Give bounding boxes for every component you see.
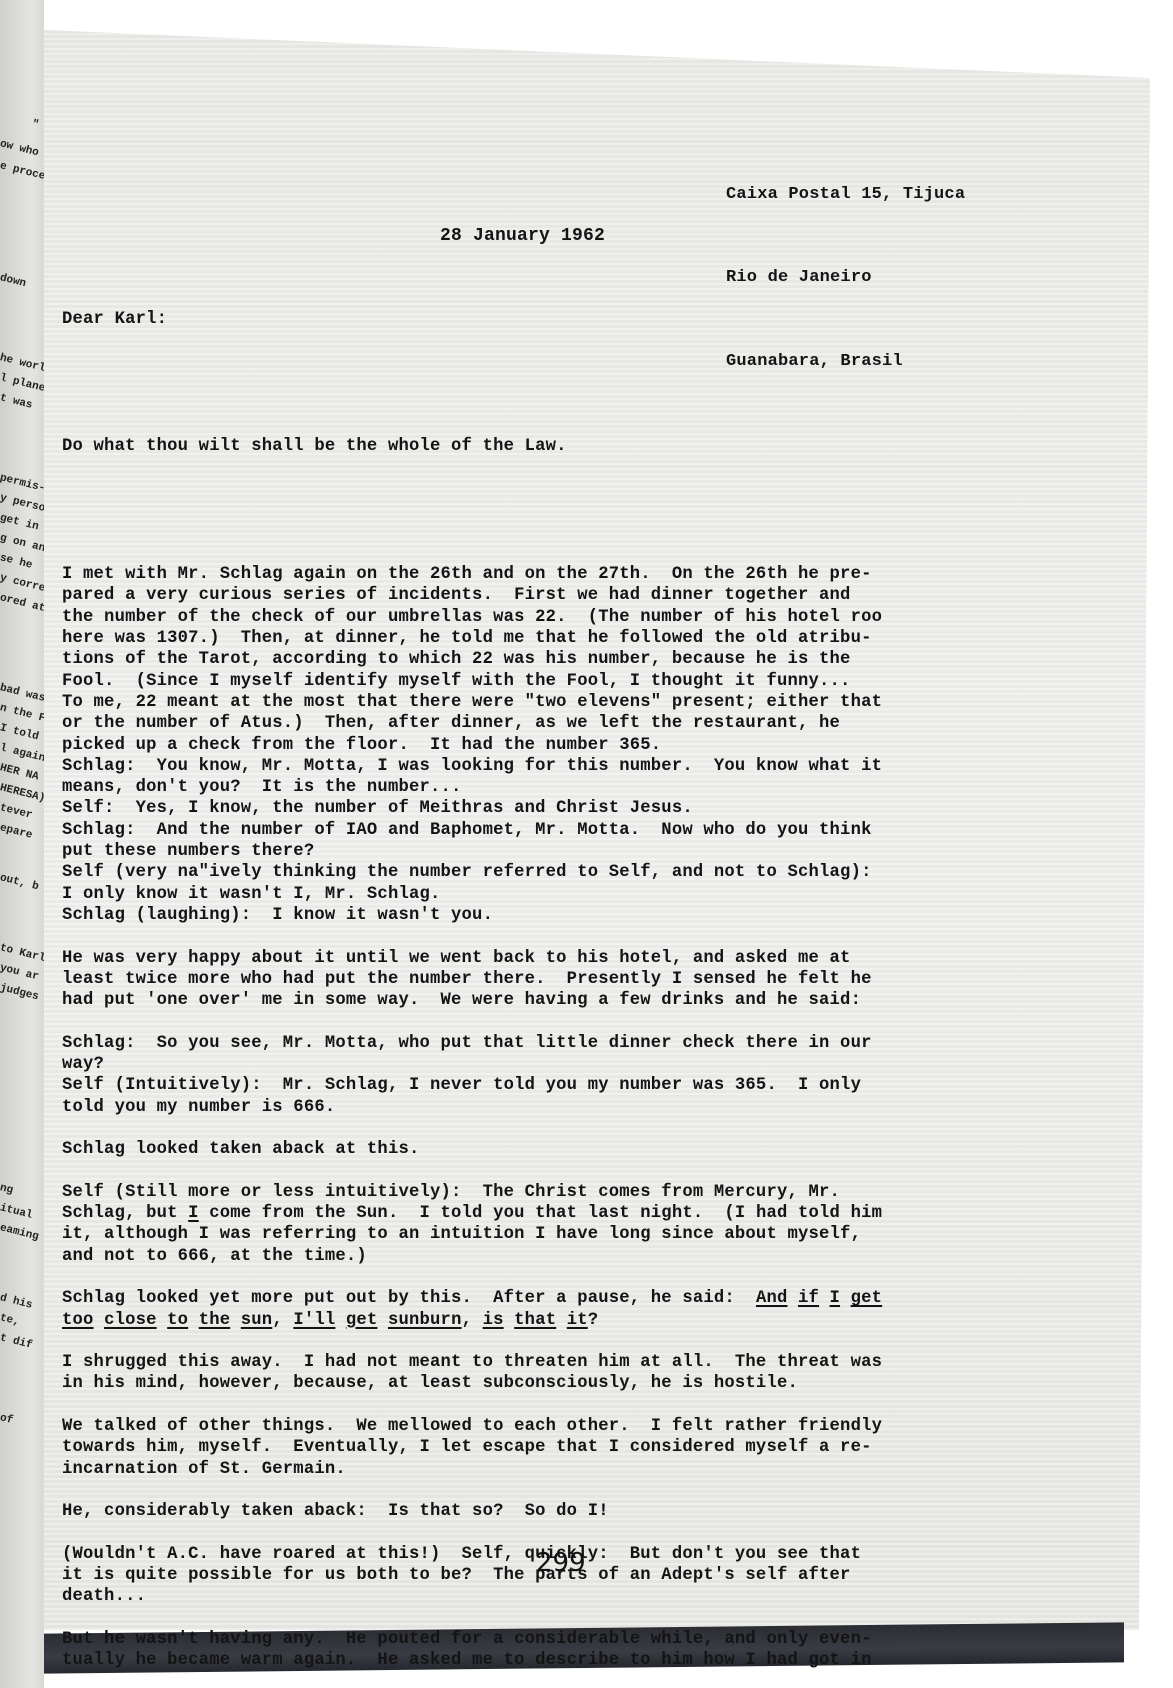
- paragraphs: I met with Mr. Schlag again on the 26th …: [62, 564, 882, 1671]
- text-line: it is quite possible for us both to be? …: [62, 1565, 882, 1586]
- text-line: means, don't you? It is the number...: [62, 777, 882, 798]
- text-line: Self (very na"ively thinking the number …: [62, 862, 882, 883]
- text-line: He was very happy about it until we went…: [62, 948, 882, 969]
- text-line: Fool. (Since I myself identify myself wi…: [62, 671, 882, 692]
- previous-page-text-fragment: get in: [0, 512, 40, 533]
- text-line: (Wouldn't A.C. have roared at this!) Sel…: [62, 1544, 882, 1565]
- previous-page-text-fragment: I told: [0, 722, 40, 743]
- underlined-word: I'll: [293, 1311, 335, 1330]
- text-line: He, considerably taken aback: Is that so…: [62, 1501, 882, 1522]
- text-line: towards him, myself. Eventually, I let e…: [62, 1437, 882, 1458]
- underlined-word: sunburn: [388, 1311, 462, 1330]
- previous-page-text-fragment: eaming: [0, 1222, 40, 1243]
- paragraph: Schlag looked taken aback at this.: [62, 1139, 882, 1160]
- text-line: it, although I was referring to an intui…: [62, 1224, 882, 1245]
- paragraph: We talked of other things. We mellowed t…: [62, 1416, 882, 1480]
- previous-page-text-fragment: ored at: [0, 592, 44, 615]
- opening-formula: Do what thou wilt shall be the whole of …: [62, 436, 882, 457]
- previous-page-text-fragment: out, b: [0, 872, 40, 893]
- previous-page-text-fragment: ": [31, 118, 40, 131]
- text-line: way?: [62, 1054, 882, 1075]
- underlined-word: sun: [241, 1311, 273, 1330]
- previous-page-text-fragment: n the F: [0, 702, 44, 725]
- text-line: tually he became warm again. He asked me…: [62, 1650, 882, 1671]
- text-line: Self (Intuitively): Mr. Schlag, I never …: [62, 1075, 882, 1096]
- text-line: and not to 666, at the time.): [62, 1246, 882, 1267]
- text-line: I met with Mr. Schlag again on the 26th …: [62, 564, 882, 585]
- previous-page-edge: "ow whoe processdownhe worldl plane,t wa…: [0, 0, 44, 1688]
- paragraph: I met with Mr. Schlag again on the 26th …: [62, 564, 882, 926]
- previous-page-text-fragment: te,: [0, 1312, 21, 1328]
- text-line: Schlag: So you see, Mr. Motta, who put t…: [62, 1033, 882, 1054]
- text-line: had put 'one over' me in some way. We we…: [62, 990, 882, 1011]
- paragraph: Self (Still more or less intuitively): T…: [62, 1182, 882, 1267]
- previous-page-text-fragment: ng: [0, 1182, 14, 1197]
- previous-page-text-fragment: t was: [0, 392, 33, 412]
- text-line: incarnation of St. Germain.: [62, 1459, 882, 1480]
- previous-page-text-fragment: g on an: [0, 532, 44, 555]
- underlined-word: if: [798, 1289, 819, 1308]
- text-line: Schlag looked taken aback at this.: [62, 1139, 882, 1160]
- previous-page-text-fragment: ow who: [0, 138, 40, 159]
- previous-page-text-fragment: itual: [0, 1202, 33, 1222]
- paragraph: I shrugged this away. I had not meant to…: [62, 1352, 882, 1395]
- text-line: the number of the check of our umbrellas…: [62, 607, 882, 628]
- text-line: Schlag looked yet more put out by this. …: [62, 1288, 882, 1309]
- text-line: pared a very curious series of incidents…: [62, 585, 882, 606]
- paragraph: (Wouldn't A.C. have roared at this!) Sel…: [62, 1544, 882, 1608]
- text-line: told you my number is 666.: [62, 1097, 882, 1118]
- text-line: Schlag, but I come from the Sun. I told …: [62, 1203, 882, 1224]
- text-line: Schlag (laughing): I know it wasn't you.: [62, 905, 882, 926]
- text-line: Self: Yes, I know, the number of Meithra…: [62, 798, 882, 819]
- previous-page-text-fragment: epare: [0, 822, 33, 842]
- previous-page-text-fragment: tever: [0, 802, 33, 822]
- underlined-word: to: [167, 1311, 188, 1330]
- underlined-word: too: [62, 1311, 94, 1330]
- text-line: put these numbers there?: [62, 841, 882, 862]
- salutation: Dear Karl:: [62, 309, 882, 330]
- letter-body: Dear Karl: Do what thou wilt shall be th…: [62, 266, 882, 1688]
- text-line: tions of the Tarot, according to which 2…: [62, 649, 882, 670]
- text-line: I only know it wasn't I, Mr. Schlag.: [62, 884, 882, 905]
- underlined-word: that: [514, 1311, 556, 1330]
- text-line: Schlag: And the number of IAO and Baphom…: [62, 820, 882, 841]
- paragraph: Schlag: So you see, Mr. Motta, who put t…: [62, 1033, 882, 1118]
- underlined-word: it: [567, 1311, 588, 1330]
- underlined-word: get: [851, 1289, 883, 1308]
- text-line: To me, 22 meant at the most that there w…: [62, 692, 882, 713]
- previous-page-text-fragment: of: [0, 1412, 14, 1427]
- previous-page-text-fragment: to Karl: [0, 942, 44, 965]
- previous-page-text-fragment: you ar: [0, 962, 40, 983]
- previous-page-text-fragment: HER NA: [0, 762, 40, 783]
- emphasized-word: I: [188, 1204, 199, 1223]
- previous-page-text-fragment: se he: [0, 552, 33, 572]
- previous-page-text-fragment: permis-: [0, 472, 44, 495]
- text-line: least twice more who had put the number …: [62, 969, 882, 990]
- previous-page-text-fragment: HERESA): [0, 782, 44, 805]
- paragraph: Schlag looked yet more put out by this. …: [62, 1288, 882, 1331]
- paragraph: But he wasn't having any. He pouted for …: [62, 1629, 882, 1672]
- text-line: too close to the sun, I'll get sunburn, …: [62, 1310, 882, 1331]
- text-line: death...: [62, 1586, 882, 1607]
- paragraph: He was very happy about it until we went…: [62, 948, 882, 1012]
- underlined-word: close: [104, 1311, 157, 1330]
- letter-date: 28 January 1962: [440, 226, 605, 247]
- text-line: We talked of other things. We mellowed t…: [62, 1416, 882, 1437]
- previous-page-text-fragment: l again: [0, 742, 44, 765]
- text-line: or the number of Atus.) Then, after dinn…: [62, 713, 882, 734]
- address-line: Caixa Postal 15, Tijuca: [726, 179, 965, 200]
- previous-page-text-fragment: d his: [0, 1292, 33, 1312]
- previous-page-text-fragment: e process: [0, 160, 44, 186]
- text-line: picked up a check from the floor. It had…: [62, 735, 882, 756]
- text-line: But he wasn't having any. He pouted for …: [62, 1629, 882, 1650]
- paragraph: He, considerably taken aback: Is that so…: [62, 1501, 882, 1522]
- previous-page-text-fragment: bad was: [0, 682, 44, 705]
- text-line: in his mind, however, because, at least …: [62, 1373, 882, 1394]
- text-line: Schlag: You know, Mr. Motta, I was looki…: [62, 756, 882, 777]
- page-number: 299: [536, 1548, 586, 1578]
- underlined-word: is: [483, 1311, 504, 1330]
- text-line: here was 1307.) Then, at dinner, he told…: [62, 628, 882, 649]
- previous-page-text-fragment: down: [0, 272, 27, 290]
- previous-page-text-fragment: t dif: [0, 1332, 33, 1352]
- underlined-word: And: [756, 1289, 788, 1308]
- underlined-word: get: [346, 1311, 378, 1330]
- text-line: I shrugged this away. I had not meant to…: [62, 1352, 882, 1373]
- underlined-word: the: [199, 1311, 231, 1330]
- previous-page-text-fragment: judges: [0, 982, 40, 1003]
- text-line: Self (Still more or less intuitively): T…: [62, 1182, 882, 1203]
- underlined-word: I: [830, 1289, 841, 1308]
